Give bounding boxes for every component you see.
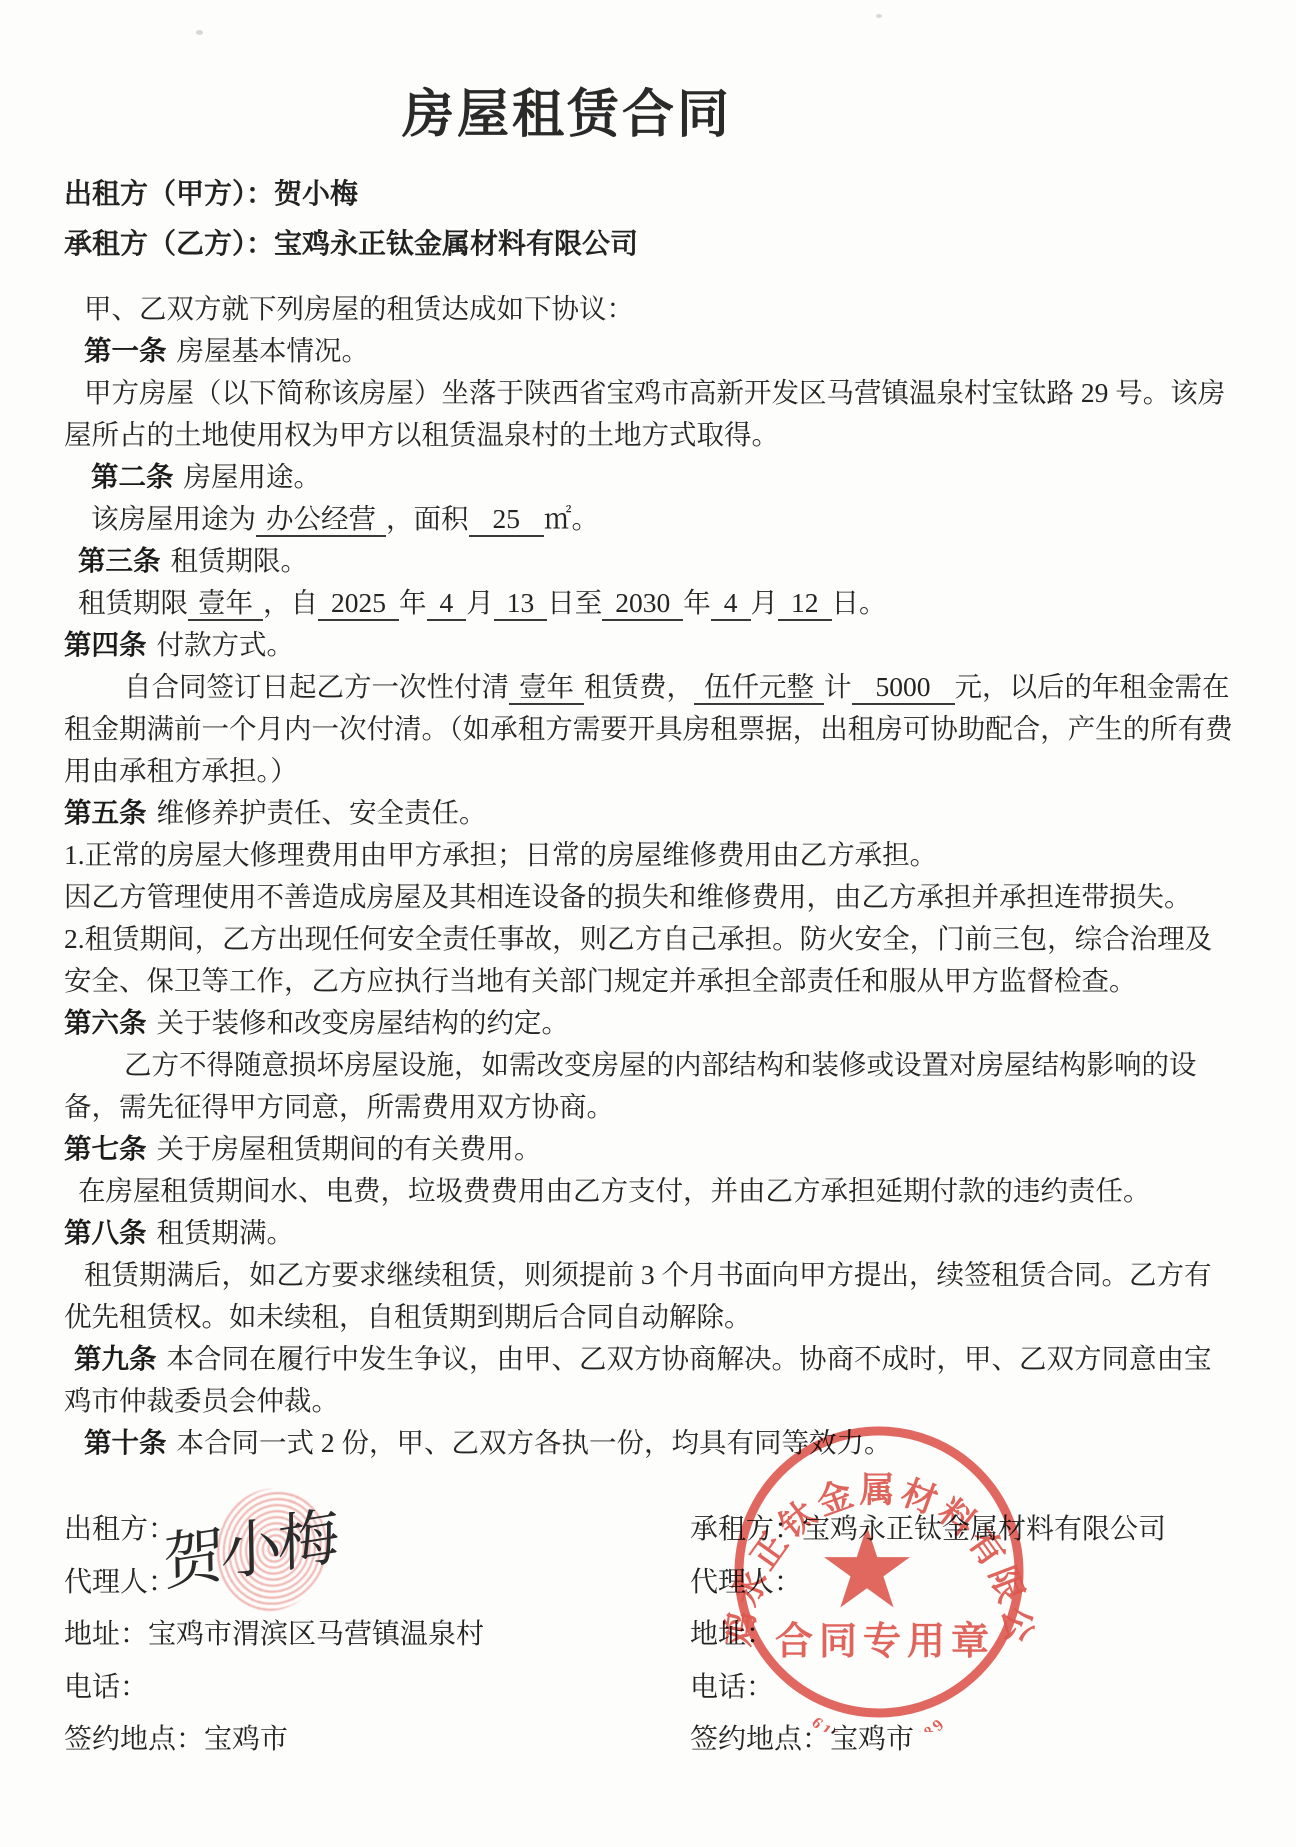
article-5-clause-1: 1.正常的房屋大修理费用由甲方承担；日常的房屋维修费用由乙方承担。	[64, 834, 1234, 876]
article-2-title: 房屋用途。	[184, 461, 322, 492]
lessor-sign-place-value: 宝鸡市	[204, 1724, 288, 1755]
start-day-value: 13	[494, 587, 548, 621]
lease-term-value: 壹年	[188, 587, 263, 621]
article-6-paragraph: 乙方不得随意损坏房屋设施，如需改变房屋的内部结构和装修或设置对房屋结构影响的设备…	[64, 1044, 1234, 1128]
article-7-heading: 第七条关于房屋租赁期间的有关费用。	[64, 1128, 1234, 1170]
article-6-heading: 第六条关于装修和改变房屋结构的约定。	[64, 1002, 1234, 1044]
area-field-value: 25	[469, 503, 545, 537]
article-4-number: 第四条	[64, 629, 147, 660]
lessor-label: 出租方（甲方）：	[64, 179, 274, 210]
end-month-value: 4	[711, 587, 751, 621]
article-8-number: 第八条	[64, 1217, 147, 1248]
contract-page: 房屋租赁合同 出租方（甲方）：贺小梅 承租方（乙方）：宝鸡永正钛金属材料有限公司…	[0, 0, 1296, 1847]
article-8-paragraph: 租赁期满后，如乙方要求继续租赁，则须提前 3 个月书面向甲方提出，续签租赁合同。…	[64, 1254, 1234, 1338]
usage-prefix: 该房屋用途为	[91, 503, 256, 534]
article-4-paragraph: 自合同签订日起乙方一次性付清壹年租赁费，伍仟元整计5000元，以后的年租金需在租…	[64, 666, 1234, 792]
footer-address-line: 地址：宝鸡市渭滨区马营镇温泉村	[64, 1617, 484, 1670]
article-9-paragraph: 第九条本合同在履行中发生争议，由甲、乙双方协商解决。协商不成时，甲、乙双方同意由…	[64, 1338, 1234, 1422]
article-4-title: 付款方式。	[157, 629, 295, 660]
lessor-line: 出租方（甲方）：贺小梅	[64, 178, 638, 228]
seal-type-text: 合同专用章	[775, 1620, 995, 1663]
article-6-title: 关于装修和改变房屋结构的约定。	[157, 1007, 570, 1038]
payment-term-value: 壹年	[509, 671, 584, 705]
article-5-clause-2: 2.租赁期间，乙方出现任何安全责任事故，则乙方自己承担。防火安全，门前三包，综合…	[64, 918, 1234, 1002]
article-7-title: 关于房屋租赁期间的有关费用。	[157, 1133, 542, 1164]
article-1-title: 房屋基本情况。	[177, 335, 370, 366]
article-4-heading: 第四条付款方式。	[64, 624, 1234, 666]
article-1-number: 第一条	[84, 335, 167, 366]
start-year-value: 2025	[318, 587, 399, 621]
article-8-heading: 第八条租赁期满。	[64, 1212, 1234, 1254]
article-5-clause-1b: 因乙方管理使用不善造成房屋及其相连设备的损失和维修费用，由乙方承担并承担连带损失…	[64, 876, 1234, 918]
parties-block: 出租方（甲方）：贺小梅 承租方（乙方）：宝鸡永正钛金属材料有限公司	[64, 178, 638, 278]
seal-star-icon: ★	[817, 1508, 917, 1632]
scan-speck	[196, 30, 203, 35]
article-10-paragraph: 第十条本合同一式 2 份，甲、乙双方各执一份，均具有同等效力。	[64, 1422, 1234, 1464]
lessor-name: 贺小梅	[274, 179, 358, 210]
area-unit: ㎡。	[544, 503, 599, 534]
article-1-heading: 第一条房屋基本情况。	[64, 330, 1234, 372]
article-5-heading: 第五条维修养护责任、安全责任。	[64, 792, 1234, 834]
scan-speck	[876, 14, 882, 18]
article-3-paragraph: 租赁期限壹年，自2025年4月13日至2030年4月12日。	[64, 582, 1234, 624]
end-day-value: 12	[778, 587, 832, 621]
footer-phone-line: 电话：	[64, 1670, 484, 1723]
contract-body: 甲、乙双方就下列房屋的租赁达成如下协议： 第一条房屋基本情况。 甲方房屋（以下简…	[64, 288, 1234, 1464]
article-1-paragraph: 甲方房屋（以下简称该房屋）坐落于陕西省宝鸡市高新开发区马营镇温泉村宝钛路 29 …	[64, 372, 1234, 456]
footer-sign-place-line: 签约地点：宝鸡市	[64, 1722, 484, 1775]
article-9-number: 第九条	[74, 1343, 157, 1374]
article-3-heading: 第三条租赁期限。	[64, 540, 1234, 582]
article-2-heading: 第二条房屋用途。	[64, 456, 1234, 498]
usage-field-value: 办公经营	[256, 503, 386, 537]
article-5-number: 第五条	[64, 797, 147, 828]
lessee-name: 宝鸡永正钛金属材料有限公司	[274, 229, 638, 260]
article-10-number: 第十条	[84, 1427, 167, 1458]
lessee-label: 承租方（乙方）：	[64, 229, 274, 260]
lessor-address-value: 宝鸡市渭滨区马营镇温泉村	[148, 1619, 484, 1650]
start-month-value: 4	[427, 587, 467, 621]
company-seal: 宝鸡永正钛金属材料有限公司 ★ 合同专用章 6103990062789	[719, 1412, 1039, 1732]
article-7-paragraph: 在房屋租赁期间水、电费，垃圾费费用由乙方支付，并由乙方承担延期付款的违约责任。	[64, 1170, 1234, 1212]
intro-line: 甲、乙双方就下列房屋的租赁达成如下协议：	[64, 288, 1234, 330]
article-7-number: 第七条	[64, 1133, 147, 1164]
article-2-paragraph: 该房屋用途为办公经营，面积25㎡。	[64, 498, 1234, 540]
article-3-title: 租赁期限。	[171, 545, 309, 576]
article-8-title: 租赁期满。	[157, 1217, 295, 1248]
article-3-number: 第三条	[78, 545, 161, 576]
contract-title: 房屋租赁合同	[0, 72, 1134, 147]
end-year-value: 2030	[602, 587, 683, 621]
article-6-number: 第六条	[64, 1007, 147, 1038]
amount-numeric-value: 5000	[852, 671, 955, 705]
amount-chinese-value: 伍仟元整	[694, 671, 824, 705]
article-2-number: 第二条	[91, 461, 174, 492]
lessee-line: 承租方（乙方）：宝鸡永正钛金属材料有限公司	[64, 228, 638, 278]
article-5-title: 维修养护责任、安全责任。	[157, 797, 487, 828]
area-prefix: ，面积	[386, 503, 469, 534]
